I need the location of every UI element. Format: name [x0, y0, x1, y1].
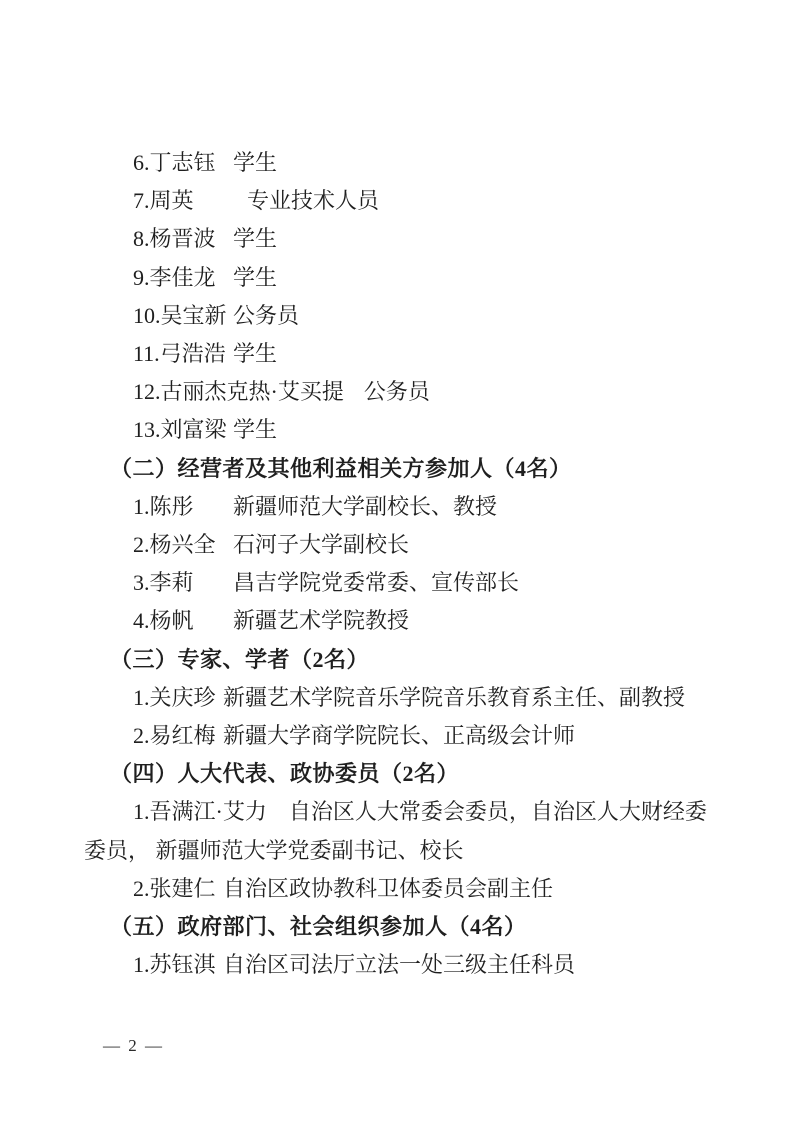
participant-entry: 10.吴宝新公务员	[84, 297, 714, 335]
entry-role: 学生	[233, 150, 277, 175]
section-heading: （二）经营者及其他利益相关方参加人（4名）	[84, 450, 714, 488]
participant-entry: 6.丁志钰学生	[84, 144, 714, 182]
participant-entry: 1.陈彤新疆师范大学副校长、教授	[84, 488, 714, 526]
entry-name: 2.张建仁	[133, 870, 223, 908]
participant-entry: 9.李佳龙学生	[84, 259, 714, 297]
entry-name: 8.杨晋波	[133, 220, 233, 258]
entry-name-text: 弓浩浩	[160, 341, 226, 366]
participant-entry: 11.弓浩浩学生	[84, 335, 714, 373]
entry-name: 12.古丽杰克热·艾买提	[133, 373, 344, 411]
entry-number: 9.	[133, 265, 150, 290]
participant-entry: 8.杨晋波学生	[84, 220, 714, 258]
entry-role: 新疆艺术学院教授	[233, 608, 409, 633]
entry-name: 9.李佳龙	[133, 259, 233, 297]
entry-name: 3.李莉	[133, 564, 233, 602]
entry-name-text: 杨帆	[150, 608, 194, 633]
entry-name: 1.关庆珍	[133, 679, 223, 717]
participant-entry: 2.张建仁自治区政协教科卫体委员会副主任	[84, 870, 714, 908]
entry-number: 2.	[133, 723, 150, 748]
participant-entry: 4.杨帆新疆艺术学院教授	[84, 602, 714, 640]
participant-entry: 2.易红梅新疆大学商学院院长、正高级会计师	[84, 717, 714, 755]
entry-name-text: 古丽杰克热·艾买提	[161, 379, 344, 404]
entry-name-text: 刘富梁	[161, 417, 227, 442]
entry-number: 10.	[133, 303, 161, 328]
entry-number: 6.	[133, 150, 150, 175]
entry-number: 1.	[133, 494, 150, 519]
page-number: — 2 —	[103, 1036, 164, 1056]
entry-name: 11.弓浩浩	[133, 335, 233, 373]
document-body: 6.丁志钰学生 7.周英专业技术人员 8.杨晋波学生 9.李佳龙学生 10.吴宝…	[84, 144, 714, 984]
section-heading: （四）人大代表、政协委员（2名）	[84, 755, 714, 793]
entry-name: 1.苏钰淇	[133, 946, 223, 984]
entry-role: 新疆师范大学副校长、教授	[233, 494, 497, 519]
entry-number: 2.	[133, 532, 150, 557]
entry-number: 7.	[133, 188, 150, 213]
entry-name: 2.易红梅	[133, 717, 223, 755]
entry-role: 专业技术人员	[247, 188, 379, 213]
entry-role: 学生	[233, 226, 277, 251]
entry-name-text: 杨兴全	[150, 532, 216, 557]
entry-number: 1.	[133, 952, 150, 977]
entry-name: 4.杨帆	[133, 602, 233, 640]
entry-name-text: 张建仁	[150, 876, 216, 901]
entry-name-text: 陈彤	[150, 494, 194, 519]
entry-role: 自治区政协教科卫体委员会副主任	[223, 876, 553, 901]
entry-role: 石河子大学副校长	[233, 532, 409, 557]
entry-number: 12.	[133, 379, 161, 404]
entry-name-text: 吴宝新	[161, 303, 227, 328]
participant-entry: 3.李莉昌吉学院党委常委、宣传部长	[84, 564, 714, 602]
entry-number: 2.	[133, 876, 150, 901]
entry-number: 11.	[133, 341, 160, 366]
entry-name: 2.杨兴全	[133, 526, 233, 564]
participant-entry: 13.刘富梁学生	[84, 411, 714, 449]
section-heading: （五）政府部门、社会组织参加人（4名）	[84, 908, 714, 946]
entry-name-text: 苏钰淇	[150, 952, 216, 977]
entry-name-text: 杨晋波	[150, 226, 216, 251]
entry-role: 公务员	[233, 303, 299, 328]
entry-role: 学生	[233, 417, 277, 442]
entry-name-text: 周英	[150, 188, 194, 213]
participant-entry: 12.古丽杰克热·艾买提公务员	[84, 373, 714, 411]
entry-role: 新疆艺术学院音乐学院音乐教育系主任、副教授	[223, 685, 685, 710]
entry-number: 4.	[133, 608, 150, 633]
participant-entry-line: 1.吾满江·艾力 自治区人大常委会委员，自治区人大财经委	[84, 793, 714, 831]
entry-role: 学生	[233, 341, 277, 366]
entry-number: 13.	[133, 417, 161, 442]
entry-number: 8.	[133, 226, 150, 251]
entry-name-text: 易红梅	[150, 723, 216, 748]
entry-role: 公务员	[364, 379, 430, 404]
participant-entry: 1.关庆珍新疆艺术学院音乐学院音乐教育系主任、副教授	[84, 679, 714, 717]
entry-role: 昌吉学院党委常委、宣传部长	[233, 570, 519, 595]
entry-name-text: 关庆珍	[150, 685, 216, 710]
entry-name: 7.周英	[133, 182, 247, 220]
section-heading: （三）专家、学者（2名）	[84, 641, 714, 679]
participant-entry: 1.苏钰淇自治区司法厅立法一处三级主任科员	[84, 946, 714, 984]
participant-entry: 7.周英专业技术人员	[84, 182, 714, 220]
entry-number: 1.	[133, 685, 150, 710]
entry-role: 学生	[233, 265, 277, 290]
participant-entry-continuation: 委员， 新疆师范大学党委副书记、校长	[84, 832, 714, 870]
entry-role: 自治区司法厅立法一处三级主任科员	[223, 952, 575, 977]
entry-role: 新疆大学商学院院长、正高级会计师	[223, 723, 575, 748]
entry-name: 10.吴宝新	[133, 297, 233, 335]
participant-entry: 2.杨兴全石河子大学副校长	[84, 526, 714, 564]
entry-name: 1.陈彤	[133, 488, 233, 526]
entry-number: 3.	[133, 570, 150, 595]
entry-name-text: 丁志钰	[150, 150, 216, 175]
entry-name: 6.丁志钰	[133, 144, 233, 182]
entry-name-text: 李莉	[150, 570, 194, 595]
entry-name: 13.刘富梁	[133, 411, 233, 449]
entry-name-text: 李佳龙	[150, 265, 216, 290]
